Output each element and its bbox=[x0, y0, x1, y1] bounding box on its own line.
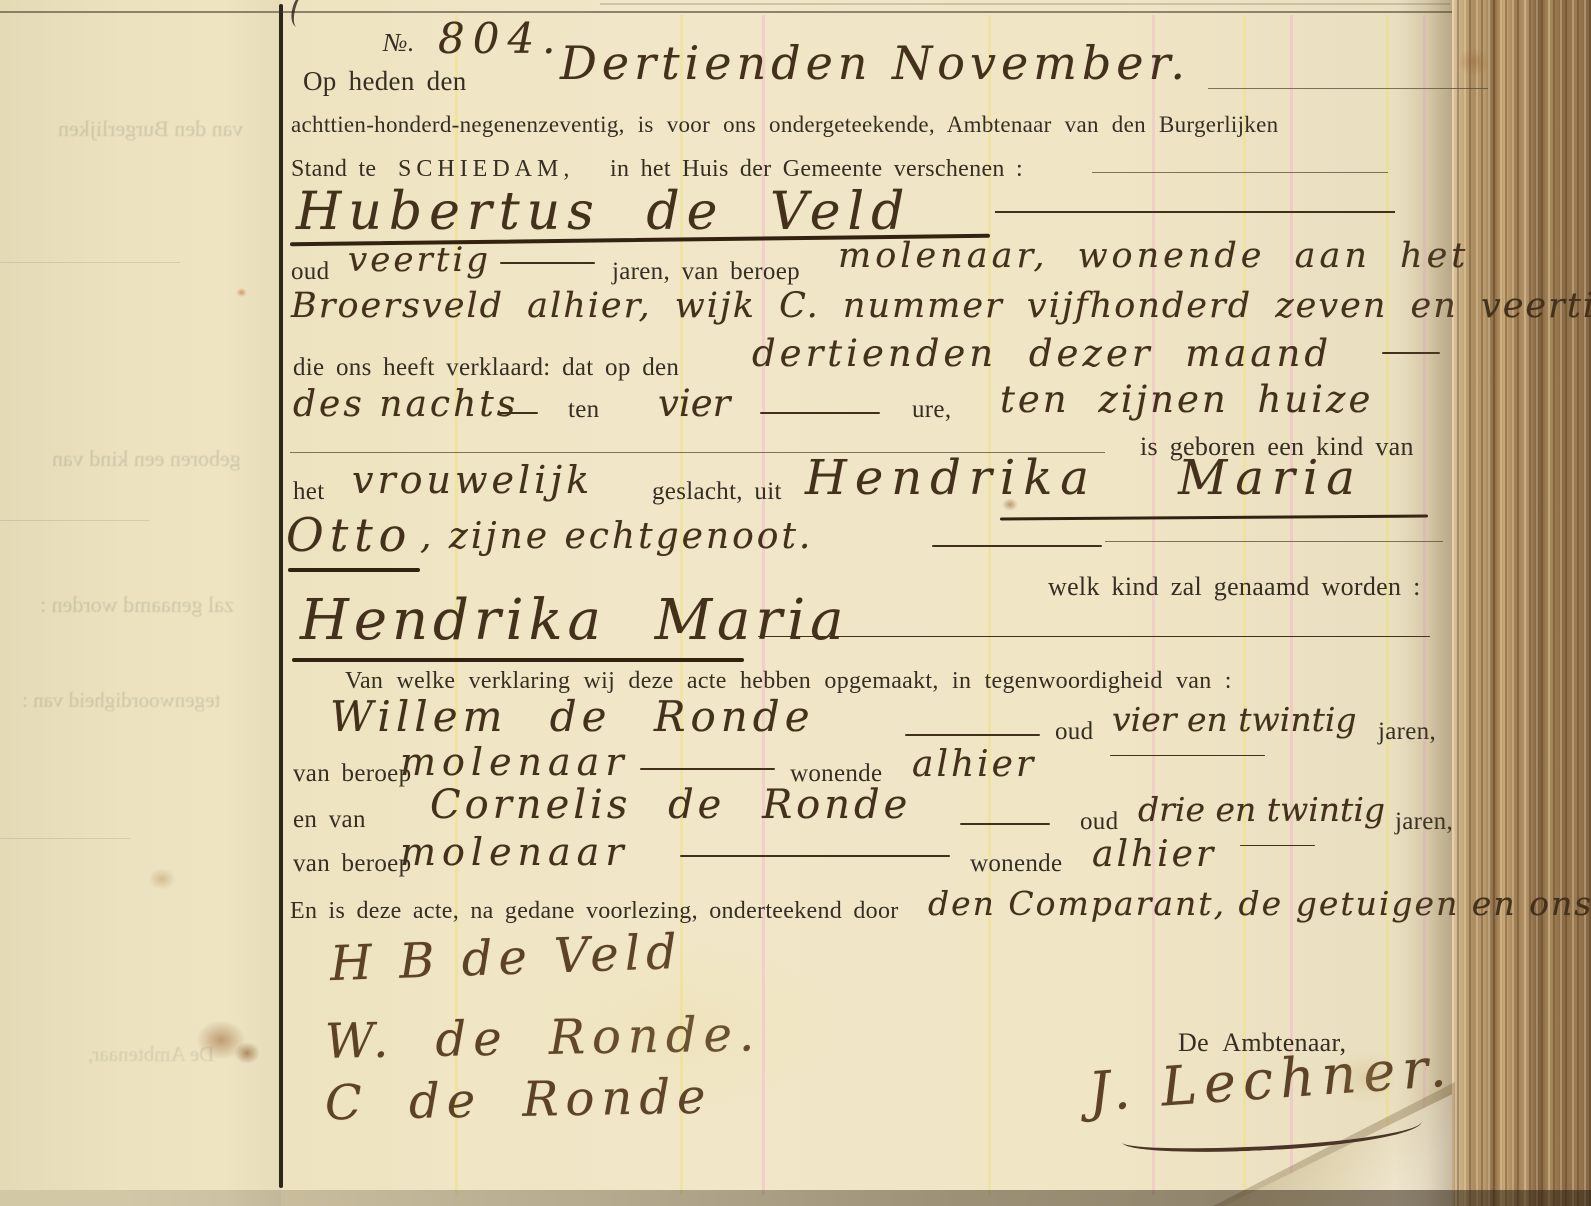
ink-stain bbox=[234, 1042, 260, 1064]
paper-stain bbox=[1002, 498, 1018, 511]
record-number-value: 804. bbox=[438, 14, 564, 63]
ghost-text: zal genaamd worden : bbox=[40, 592, 234, 618]
witness1-name: Willem de Ronde bbox=[330, 692, 815, 741]
witness2-occupation: molenaar bbox=[400, 830, 630, 874]
paper-stain bbox=[148, 868, 176, 890]
oud-label: oud bbox=[291, 258, 329, 286]
hw-dash bbox=[498, 412, 538, 414]
closing-printed: En is deze acte, na gedane voorlezing, o… bbox=[290, 898, 899, 925]
child-name: Hendrika Maria bbox=[300, 588, 848, 653]
het-label: het bbox=[293, 478, 324, 506]
hw-dash bbox=[680, 855, 950, 857]
geslacht-printed: geslacht, uit bbox=[652, 478, 782, 506]
bottom-edge-shadow bbox=[0, 1190, 1591, 1206]
mother-surname: Otto bbox=[286, 508, 412, 562]
ure-label: ure, bbox=[912, 396, 951, 424]
page-edge-shading bbox=[1395, 0, 1452, 1206]
witness2-oud: oud bbox=[1080, 808, 1118, 836]
echtgenoot: , zijne echtgenoot. bbox=[420, 516, 813, 557]
page-fold-line bbox=[279, 4, 283, 1188]
filler-line bbox=[995, 211, 1395, 213]
genaamd-printed: welk kind zal genaamd worden : bbox=[1048, 572, 1421, 602]
declarant-occupation: molenaar, wonende aan het bbox=[838, 236, 1469, 276]
hw-dash bbox=[500, 262, 595, 264]
ghost-rule bbox=[0, 520, 150, 521]
witness1-oud: oud bbox=[1055, 718, 1093, 746]
witness2-name: Cornelis de Ronde bbox=[430, 782, 911, 828]
witness1-beroep-label: van beroep bbox=[293, 760, 411, 788]
surname-underline bbox=[288, 568, 420, 572]
witness1-age: vier en twintig bbox=[1112, 700, 1357, 739]
ruling-line bbox=[988, 15, 991, 1195]
witness2-residence: alhier bbox=[1092, 834, 1216, 875]
huis-gemeente: in het Huis der Gemeente verschenen : bbox=[610, 156, 1023, 183]
witness1-occupation: molenaar bbox=[400, 740, 630, 784]
form-rule bbox=[1105, 541, 1443, 542]
ghost-text: De Ambtenaar, bbox=[88, 1042, 214, 1067]
hw-dash bbox=[905, 734, 1040, 736]
paper-discoloration bbox=[520, 940, 840, 1110]
filler-line bbox=[1092, 172, 1388, 173]
ghost-text: geboren een kind van bbox=[52, 446, 241, 472]
birth-place: ten zijnen huize bbox=[1000, 378, 1373, 421]
hw-dash bbox=[760, 412, 880, 414]
jaren-beroep: jaren, van beroep bbox=[612, 258, 800, 286]
birth-hour: vier bbox=[658, 382, 730, 425]
hw-dash bbox=[932, 545, 1102, 547]
hw-dash bbox=[1110, 755, 1265, 756]
stand-te: Stand te bbox=[291, 156, 376, 183]
hw-dash bbox=[758, 636, 1430, 637]
record-number-label: №. bbox=[383, 28, 415, 58]
witness2-wonende: wonende bbox=[970, 850, 1062, 878]
register-page-scan: van den Burgerlijken geboren een kind va… bbox=[0, 0, 1591, 1206]
verklaard-printed: die ons heeft verklaard: dat op den bbox=[293, 354, 679, 382]
ten-label: ten bbox=[568, 396, 599, 424]
declarant-name: Hubertus de Veld bbox=[296, 182, 911, 242]
paper-stain bbox=[1458, 48, 1490, 76]
book-page-edges bbox=[1452, 0, 1591, 1206]
witness2-envan: en van bbox=[293, 806, 366, 834]
top-border-line bbox=[0, 11, 1452, 13]
child-name-underline bbox=[292, 658, 744, 662]
ruling-line bbox=[1152, 15, 1155, 1195]
hw-dash bbox=[640, 768, 775, 770]
opening-printed: Op heden den bbox=[303, 66, 467, 97]
time-of-day: des nachts bbox=[293, 384, 518, 425]
mother-name: Hendrika Maria bbox=[805, 450, 1363, 506]
city-name: SCHIEDAM, bbox=[398, 156, 574, 183]
birth-date: dertienden dezer maand bbox=[752, 332, 1332, 375]
closing-hw: den Comparant, de getuigen en ons bbox=[928, 884, 1591, 923]
ghost-rule bbox=[0, 262, 180, 263]
child-gender: vrouwelijk bbox=[352, 458, 593, 502]
witness1-residence: alhier bbox=[912, 744, 1036, 785]
hw-dash bbox=[1240, 845, 1315, 846]
ruling-line bbox=[1386, 15, 1389, 1195]
ghost-text: tegenwoordigheid van : bbox=[22, 688, 220, 713]
verklaring-printed: Van welke verklaring wij deze acte hebbe… bbox=[345, 668, 1232, 695]
ruling-line bbox=[1290, 15, 1293, 1195]
paper-stain bbox=[236, 288, 247, 297]
paper-discoloration bbox=[1330, 1050, 1400, 1105]
ruling-line bbox=[1243, 15, 1246, 1195]
top-border-line-2 bbox=[600, 3, 1450, 5]
witness2-age: drie en twintig bbox=[1138, 790, 1385, 829]
year-line: achttien-honderd-negenenzeventig, is voo… bbox=[291, 112, 1278, 138]
act-date: Dertienden November. bbox=[560, 36, 1190, 90]
ghost-rule bbox=[0, 838, 130, 839]
declarant-age: veertig bbox=[348, 240, 491, 280]
ghost-text: van den Burgerlijken bbox=[58, 116, 243, 142]
witness2-beroep-label: van beroep bbox=[293, 850, 411, 878]
hw-dash bbox=[960, 823, 1050, 825]
